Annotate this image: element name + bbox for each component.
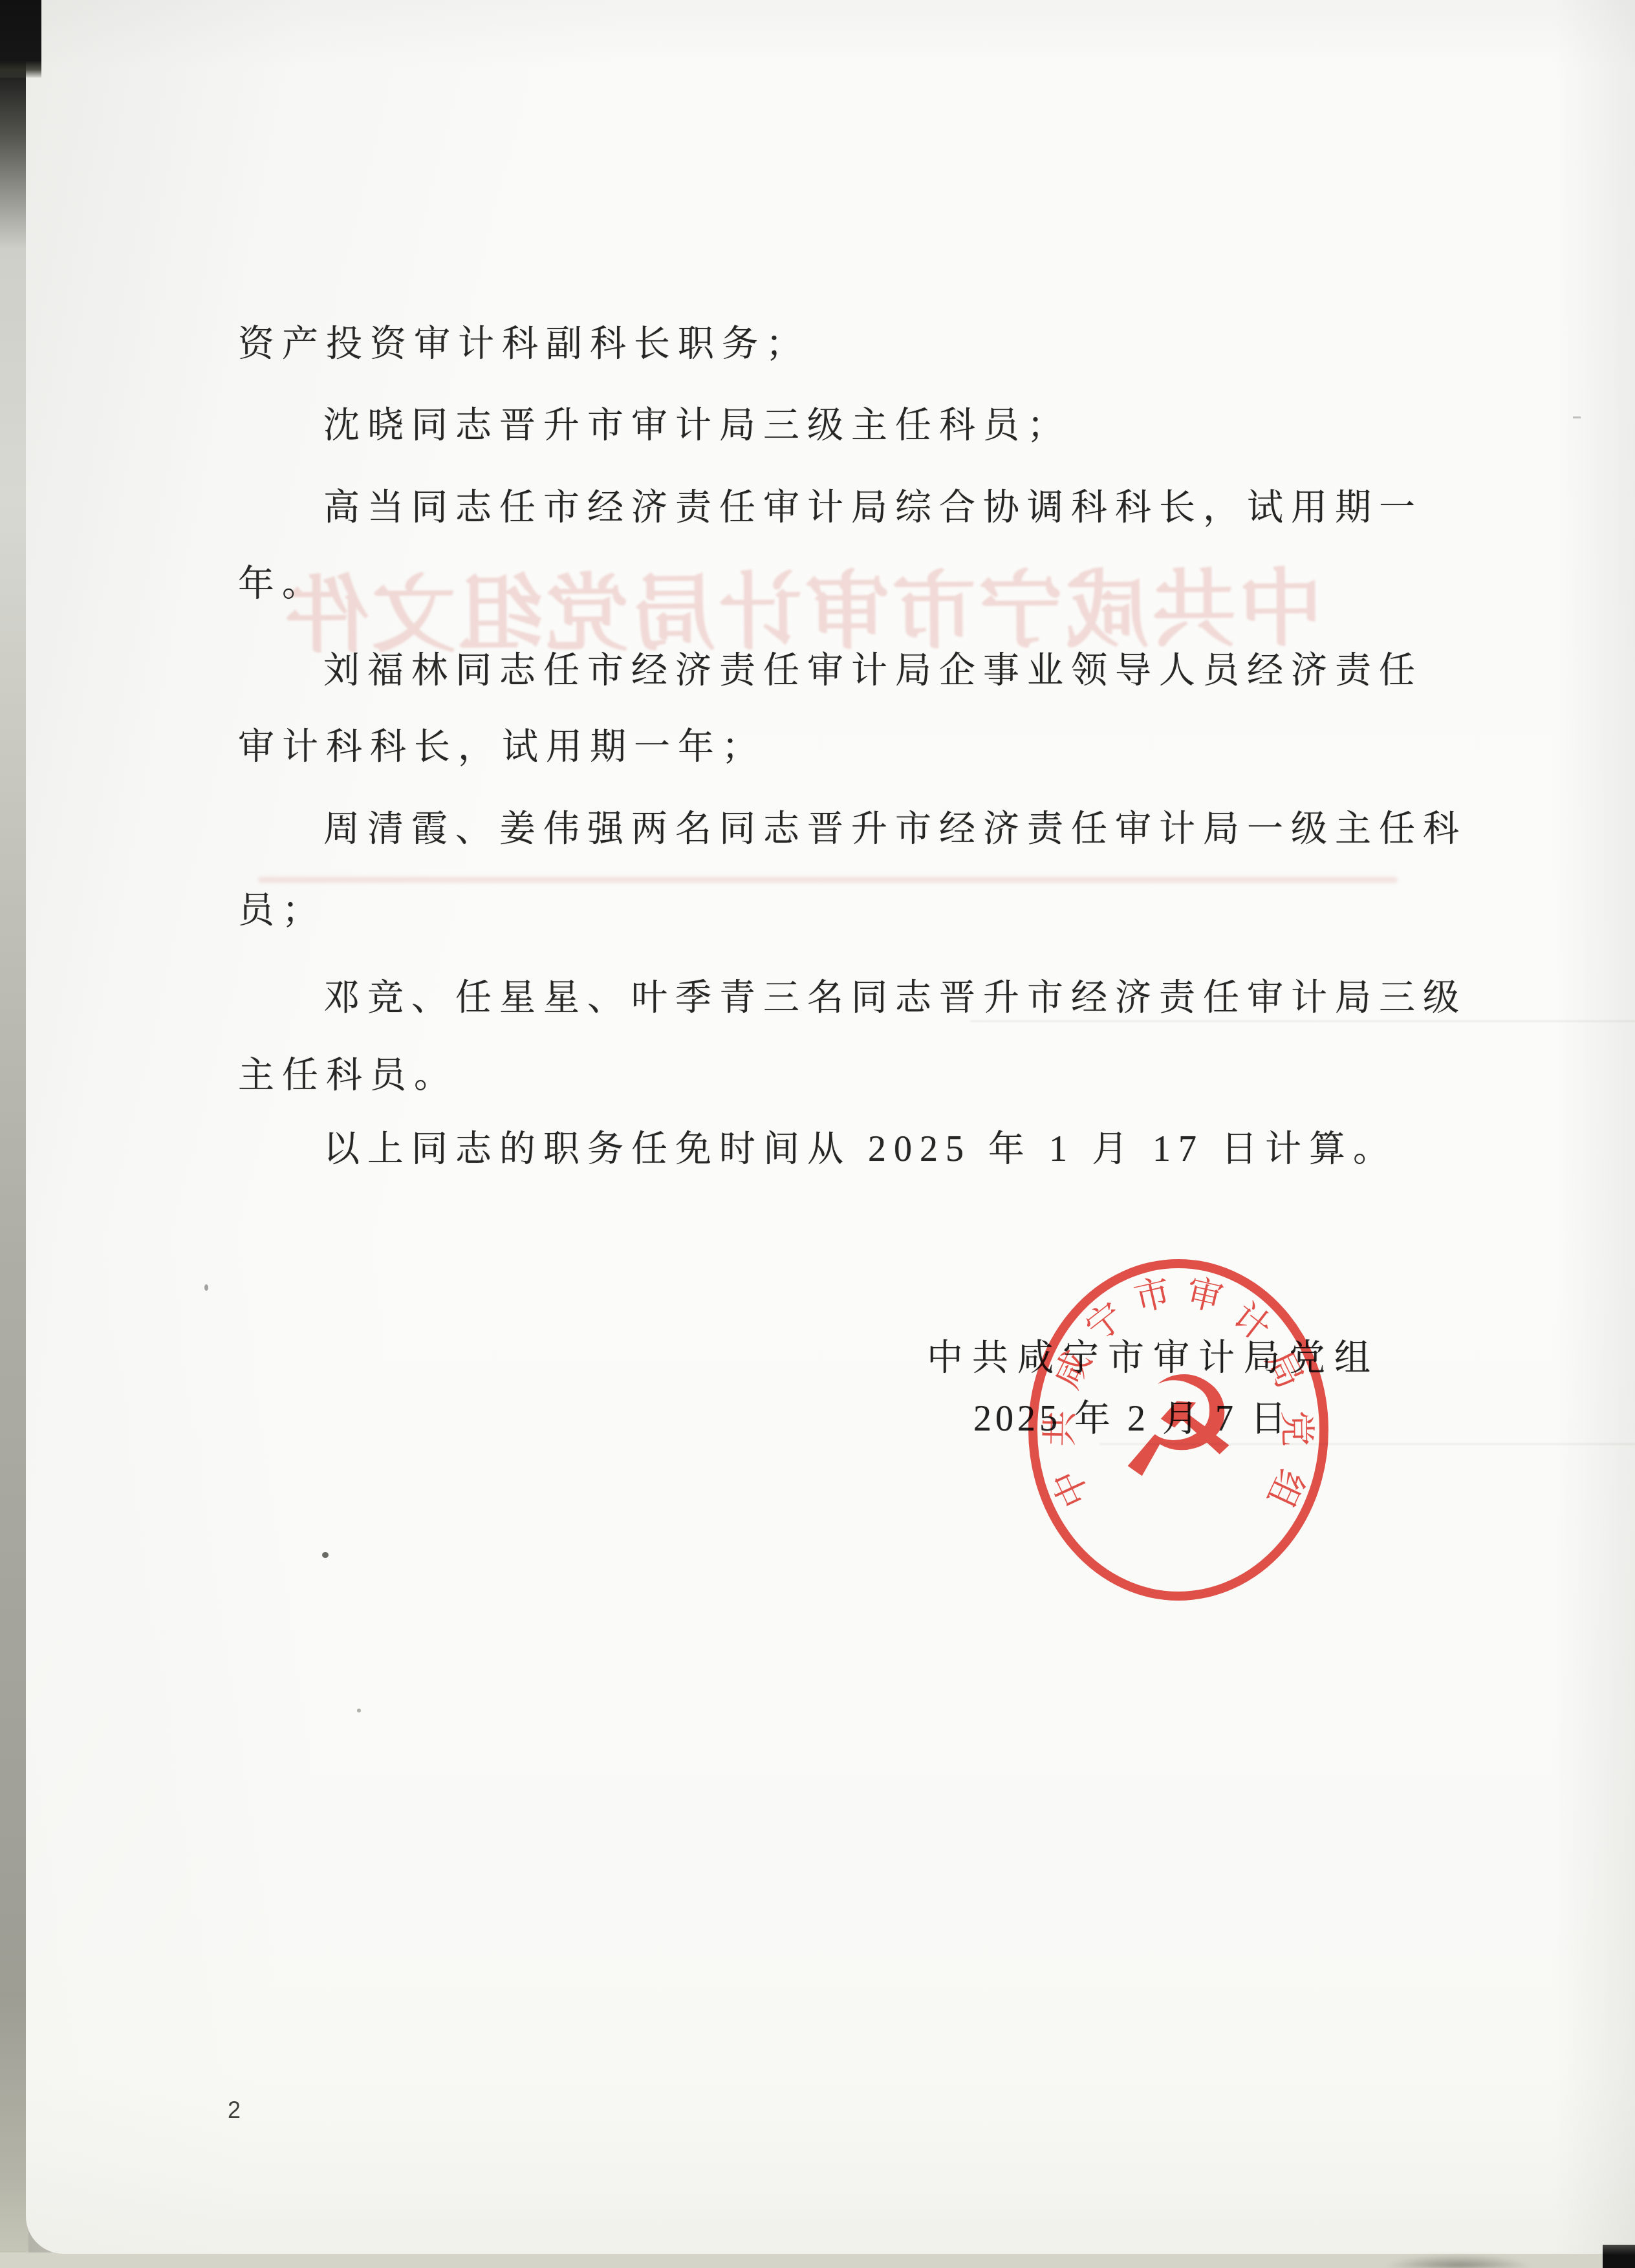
body-line: 邓竞、任星星、叶季青三名同志晋升市经济责任审计局三级 (323, 980, 1467, 1016)
svg-text:局: 局 (1258, 1345, 1310, 1395)
scan-artifact-speck (204, 1284, 208, 1291)
svg-text:共: 共 (1041, 1410, 1081, 1447)
body-line: 资产投资审计科副科长职务； (238, 326, 810, 362)
scan-artifact-left-band (0, 0, 28, 2268)
scan-artifact-bottom-smudge (1384, 2254, 1533, 2268)
svg-text:咸: 咸 (1047, 1345, 1099, 1395)
scan-artifact-speck (1573, 416, 1581, 418)
scan-artifact-top-left-corner (0, 0, 41, 78)
page-number: 2 (228, 2097, 241, 2124)
bleedthrough-watermark: 中共咸宁市审计局党组文件 (271, 541, 1323, 669)
body-line: 员； (238, 892, 326, 929)
scanned-document-page: 中共咸宁市审计局党组文件 资产投资审计科副科长职务； 沈晓同志晋升市审计局三级主… (0, 0, 1635, 2268)
body-line: 刘福林同志任市经济责任审计局企事业领导人员经济责任 (323, 653, 1423, 689)
svg-text:市: 市 (1131, 1272, 1175, 1319)
scan-artifact-bottom-right-corner (1603, 2245, 1635, 2268)
body-line: 年。 (238, 566, 326, 602)
hammer-sickle-icon: ☭ (1116, 1346, 1241, 1509)
body-line: 主任科员。 (238, 1057, 458, 1094)
bleedthrough-red-rule (259, 877, 1397, 883)
svg-text:审: 审 (1182, 1272, 1227, 1319)
scan-artifact-crease (970, 1021, 1635, 1022)
body-line: 以上同志的职务任免时间从 2025 年 1 月 17 日计算。 (323, 1131, 1397, 1167)
body-line: 沈晓同志晋升市审计局三级主任科员； (323, 407, 1071, 444)
scan-artifact-speck (357, 1709, 361, 1712)
body-line: 审计科科长，试用期一年； (238, 729, 766, 765)
scan-artifact-speck (322, 1552, 329, 1558)
official-seal: 中 共 咸 宁 市 审 计 局 党 组 ☭ (1023, 1254, 1334, 1606)
body-line: 周清霞、姜伟强两名同志晋升市经济责任审计局一级主任科 (323, 811, 1467, 847)
body-line: 高当同志任市经济责任审计局综合协调科科长，试用期一 (323, 490, 1423, 526)
svg-text:党: 党 (1276, 1410, 1317, 1447)
